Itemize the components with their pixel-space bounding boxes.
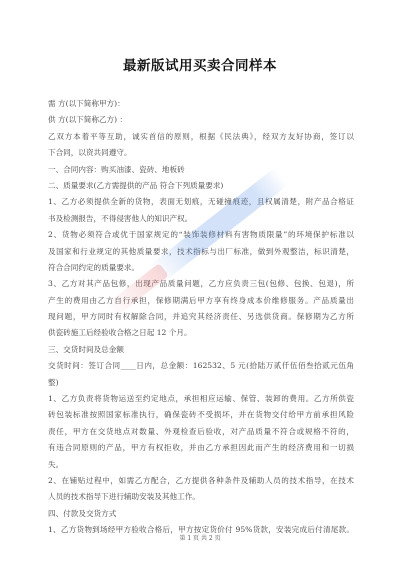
clause-line: 砖包装标准按照国家标准执行，确保瓷砖不受损坏，并在货物交付给甲方前承担风险 [48, 407, 354, 423]
clause-line: 失。 [48, 457, 354, 473]
clause-line: 现问题，甲方同时有权解除合同，并追究其经济责任、另选供货商。保修期为乙方所 [48, 309, 354, 325]
section-heading-3: 三、交货时间及总金额 [48, 342, 354, 358]
clause-line: 1、乙方负责将货物运送至约定地点，承担相应运输、保管、装卸的费用。乙方所供瓷 [48, 391, 354, 407]
clause-line: 符合合同约定的质量要求。 [48, 260, 354, 276]
document-title: 最新版试用买卖合同样本 [0, 54, 400, 74]
seller-line: 供 方(以下简称乙方) ： [48, 112, 354, 128]
preamble-line: 下合同，以资共同遵守。 [48, 145, 354, 161]
preamble-line: 乙双方本着平等互助，诚实首信的原则，根据《民法典》，经双方友好协商，签订以 [48, 129, 354, 145]
clause-line: 3、乙方对其产品包修，出现产品质量问题，乙方应负责三包(包修、包换、包退)，所 [48, 276, 354, 292]
clause-line: 有违合同原则的产品，甲方有权拒收，并由乙方承担因此而产生的经济费用和一切损 [48, 440, 354, 456]
document-page: 最新版试用买卖合同样本 需 方(以下简称甲方)： 供 方(以下简称乙方) ： 乙… [0, 0, 400, 565]
section-heading-1: 一、合同内容：购买油漆、瓷砖、地板砖 [48, 162, 354, 178]
document-body: 需 方(以下简称甲方)： 供 方(以下简称乙方) ： 乙双方本着平等互助，诚实首… [48, 96, 354, 539]
clause-line: 及国家和行业规定的其他质量要求，技术指标与出厂标准，做到外观整洁，标识清楚， [48, 244, 354, 260]
section-heading-4: 四、付款及交货方式 [48, 506, 354, 522]
clause-line: 1、乙方必须提供全新的货物，表面无划痕，无碰撞痕迹，且权属清楚，附产品合格证 [48, 194, 354, 210]
clause-line: 2、货物必须符合或优于国家规定的“装饰装修材料有害物质限量”的环境保护标准以 [48, 227, 354, 243]
clause-line: 供瓷砖施工后经验收合格之日起 12 个月。 [48, 325, 354, 341]
clause-line: 责任，甲方在交货地点对数量、外观检查后验收，对产品质量不符合或规格不符的， [48, 424, 354, 440]
clause-line: 产生的费用由乙方自行承担，保修期满后甲方享有终身成本价维修服务。产品质量出 [48, 293, 354, 309]
buyer-line: 需 方(以下简称甲方)： [48, 96, 354, 112]
section-heading-2: 二、质量要求(乙方需提供的产品 符合下列质量要求) [48, 178, 354, 194]
page-number: 第 1 页 共 2 页 [0, 533, 400, 542]
delivery-amount-line: 交货时间：签订合同____日内，总金额：162532、5 元(拾陆万贰仟伍佰叁拾… [48, 358, 354, 374]
clause-line: 2、在铺贴过程中，如需乙方配合，乙方提供各种条件及辅助人员的技术指导，在技术 [48, 473, 354, 489]
clause-line: 书及检测报告，不得侵害他人的知识产权。 [48, 211, 354, 227]
delivery-amount-line: 整) [48, 375, 354, 391]
clause-line: 人员的技术指导下进行辅助安装及其他工作。 [48, 489, 354, 505]
